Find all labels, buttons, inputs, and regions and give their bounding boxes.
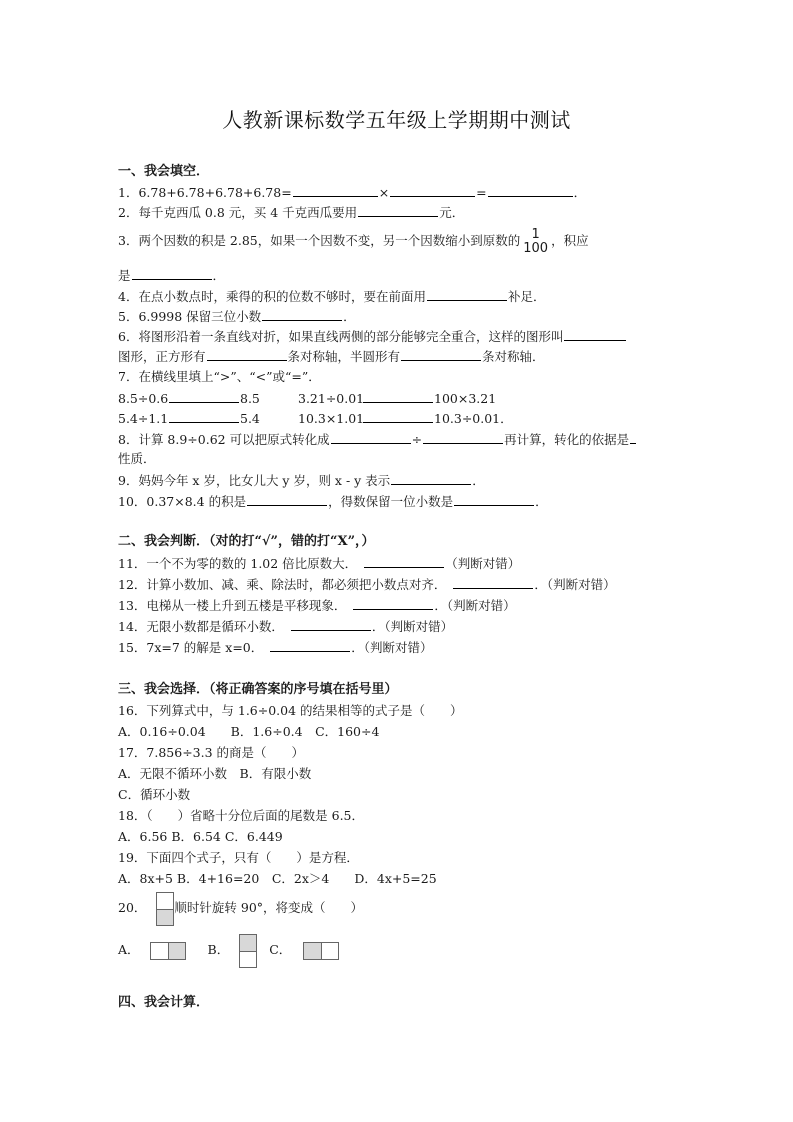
q10-blank-2[interactable] — [454, 493, 534, 506]
divide-sign: ÷ — [412, 432, 422, 447]
section-3-heading: 三、我会选择．（将正确答案的序号填在括号里） — [118, 682, 398, 698]
judge-item: 11．一个不为零的数的 1.02 倍比原数大．（判断对错） — [118, 555, 520, 572]
q1-blank-2[interactable] — [390, 184, 475, 197]
q6-l2b: 条对称轴，半圆形有 — [288, 349, 401, 364]
judge-item: 12．计算小数加、减、乘、除法时，都必须把小数点对齐．．（判断对错） — [118, 576, 616, 593]
judge-suffix: （判断对错） — [445, 556, 520, 571]
q6-blank-1[interactable] — [564, 328, 626, 341]
question-19-options: A．8x+5 B．4+16=20 C．2x＞4 D．4x+5=25 — [118, 871, 437, 887]
q2-blank[interactable] — [358, 204, 438, 217]
judge-text: 12．计算小数加、减、乘、除法时，都必须把小数点对齐． — [118, 577, 446, 592]
question-10: 10．0.37×8.4 的积是，得数保留一位小数是． — [118, 493, 548, 510]
q10-end: ． — [535, 494, 548, 509]
q2-text: 2．每千克西瓜 0.8 元，买 4 千克西瓜要用 — [118, 205, 357, 220]
fraction-denominator: 100 — [523, 242, 548, 256]
section-2-heading: 二、我会判断．（对的打“√”，错的打“X”，） — [118, 534, 375, 550]
q5-blank[interactable] — [262, 308, 342, 321]
question-6-line-2: 图形，正方形有条对称轴，半圆形有条对称轴． — [118, 348, 545, 365]
option-b-label: B． — [208, 942, 230, 957]
q7-r1-b-left: 3.21÷0.01 — [298, 391, 362, 407]
section-4-heading: 四、我会计算． — [118, 995, 209, 1011]
q8-blank-2[interactable] — [423, 431, 503, 444]
page-title: 人教新课标数学五年级上学期期中测试 — [0, 104, 793, 133]
judge-item: 14．无限小数都是循环小数．．（判断对错） — [118, 618, 453, 635]
q1-blank-1[interactable] — [293, 184, 378, 197]
q7-r1-b-right: 100×3.21 — [434, 391, 496, 406]
rotation-figure-icon — [156, 892, 174, 926]
judge-blank[interactable] — [270, 639, 350, 652]
q1-end: ． — [574, 185, 587, 200]
question-9: 9．妈妈今年 x 岁，比女儿大 y 岁，则 x - y 表示． — [118, 472, 485, 489]
question-20-options: A．B．C． — [118, 932, 339, 968]
q10-blank-1[interactable] — [247, 493, 327, 506]
q8-after: 再计算，转化的依据是 — [504, 432, 629, 447]
q7-r2-a-left: 5.4÷1.1 — [118, 411, 168, 427]
option-a-figure-icon[interactable] — [150, 942, 186, 960]
exam-page: 人教新课标数学五年级上学期期中测试 一、我会填空． 1．6.78+6.78+6.… — [0, 0, 793, 1122]
q8-text: 8．计算 8.9÷0.62 可以把原式转化成 — [118, 432, 330, 447]
q3-after: ，积应 — [551, 233, 589, 248]
judge-text: 15．7x=7 的解是 x=0． — [118, 640, 263, 655]
judge-suffix: ．（判断对错） — [372, 619, 453, 634]
fraction-1-100: 1100 — [523, 228, 548, 256]
q6-text: 6．将图形沿着一条直线对折，如果直线两侧的部分能够完全重合，这样的图形叫 — [118, 329, 563, 344]
q9-end: ． — [472, 473, 485, 488]
question-1: 1．6.78+6.78+6.78+6.78=×=． — [118, 184, 586, 201]
question-7-row-2: 5.4÷1.15.410.3×1.0110.3÷0.01． — [118, 410, 513, 427]
q2-end: 元． — [439, 205, 464, 220]
question-18: 18．（ ）省略十分位后面的尾数是 6.5． — [118, 808, 364, 824]
q7-r1-blank-b[interactable] — [363, 390, 433, 403]
q7-r2-blank-a[interactable] — [169, 410, 239, 423]
q6-l2c: 条对称轴． — [482, 349, 545, 364]
q7-r2-b-right: 10.3÷0.01． — [434, 411, 513, 426]
fraction-numerator: 1 — [523, 228, 548, 242]
question-8-line-2: 性质． — [118, 451, 156, 467]
q8-blank-3[interactable] — [630, 431, 636, 444]
q6-l2a: 图形，正方形有 — [118, 349, 206, 364]
question-5: 5．6.9998 保留三位小数． — [118, 308, 356, 325]
judge-suffix: ．（判断对错） — [434, 598, 515, 613]
question-3: 3．两个因数的积是 2.85，如果一个因数不变，另一个因数缩小到原数的1100，… — [118, 226, 589, 256]
q7-r1-blank-a[interactable] — [169, 390, 239, 403]
option-c-label: C． — [269, 942, 291, 957]
q1-number: 1． — [118, 185, 138, 200]
judge-blank[interactable] — [353, 597, 433, 610]
q9-blank[interactable] — [391, 472, 471, 485]
q3-line2: 是 — [118, 268, 131, 283]
question-8: 8．计算 8.9÷0.62 可以把原式转化成÷再计算，转化的依据是 — [118, 431, 637, 448]
judge-item: 13．电梯从一楼上升到五楼是平移现象．．（判断对错） — [118, 597, 516, 614]
q6-blank-3[interactable] — [401, 348, 481, 361]
question-20: 20．顺时针旋转 90°，将变成（ ） — [118, 891, 363, 926]
q1-expression: 6.78+6.78+6.78+6.78= — [138, 185, 291, 200]
judge-text: 11．一个不为零的数的 1.02 倍比原数大． — [118, 556, 357, 571]
q7-r1-a-left: 8.5÷0.6 — [118, 391, 168, 407]
judge-item: 15．7x=7 的解是 x=0．．（判断对错） — [118, 639, 433, 656]
q10-text: 10．0.37×8.4 的积是 — [118, 494, 246, 509]
q8-blank-1[interactable] — [331, 431, 411, 444]
question-7: 7．在横线里填上“>”、“<”或“=”． — [118, 369, 321, 385]
question-6: 6．将图形沿着一条直线对折，如果直线两侧的部分能够完全重合，这样的图形叫 — [118, 328, 627, 345]
equals-sign: = — [476, 185, 486, 200]
q4-end: 补足． — [508, 289, 546, 304]
question-3-line-2: 是． — [118, 267, 225, 284]
q1-blank-3[interactable] — [488, 184, 573, 197]
question-2: 2．每千克西瓜 0.8 元，买 4 千克西瓜要用元． — [118, 204, 464, 221]
question-17: 17．7.856÷3.3 的商是（ ） — [118, 745, 304, 761]
section-1-heading: 一、我会填空． — [118, 164, 209, 180]
q7-r2-a-right: 5.4 — [240, 411, 298, 427]
question-17-option-c: C．循环小数 — [118, 787, 190, 803]
q7-r2-b-left: 10.3×1.01 — [298, 411, 362, 427]
question-17-options: A．无限不循环小数 B．有限小数 — [118, 766, 311, 782]
q3-end: ． — [213, 268, 226, 283]
q6-blank-2[interactable] — [207, 348, 287, 361]
option-c-figure-icon[interactable] — [303, 942, 339, 960]
q4-text: 4．在点小数点时，乘得的积的位数不够时，要在前面用 — [118, 289, 426, 304]
question-18-options: A．6.56 B．6.54 C．6.449 — [118, 829, 283, 845]
question-19: 19．下面四个式子，只有（ ）是方程． — [118, 850, 359, 866]
judge-blank[interactable] — [291, 618, 371, 631]
q7-r2-blank-b[interactable] — [363, 410, 433, 423]
question-7-row-1: 8.5÷0.68.53.21÷0.01100×3.21 — [118, 390, 496, 407]
q20-text: 顺时针旋转 90°，将变成（ ） — [174, 900, 363, 915]
q9-text: 9．妈妈今年 x 岁，比女儿大 y 岁，则 x - y 表示 — [118, 473, 390, 488]
q5-end: ． — [343, 309, 356, 324]
judge-blank[interactable] — [453, 576, 533, 589]
option-b-figure-icon[interactable] — [239, 934, 257, 968]
q4-blank[interactable] — [427, 288, 507, 301]
question-16-options: A．0.16÷0.04 B．1.6÷0.4 C．160÷4 — [118, 724, 379, 740]
q7-r1-a-right: 8.5 — [240, 391, 298, 407]
q10-mid: ，得数保留一位小数是 — [328, 494, 453, 509]
option-a-label: A． — [118, 942, 140, 957]
times-sign: × — [379, 185, 389, 200]
judge-text: 14．无限小数都是循环小数． — [118, 619, 284, 634]
question-16: 16．下列算式中，与 1.6÷0.04 的结果相等的式子是（ ） — [118, 703, 463, 719]
judge-suffix: ．（判断对错） — [351, 640, 432, 655]
judge-blank[interactable] — [364, 555, 444, 568]
q3-text: 3．两个因数的积是 2.85，如果一个因数不变，另一个因数缩小到原数的 — [118, 233, 520, 248]
q5-text: 5．6.9998 保留三位小数 — [118, 309, 261, 324]
q20-number: 20． — [118, 900, 146, 915]
judge-text: 13．电梯从一楼上升到五楼是平移现象． — [118, 598, 346, 613]
judge-suffix: ．（判断对错） — [534, 577, 615, 592]
q3-blank[interactable] — [132, 267, 212, 280]
question-4: 4．在点小数点时，乘得的积的位数不够时，要在前面用补足． — [118, 288, 545, 305]
